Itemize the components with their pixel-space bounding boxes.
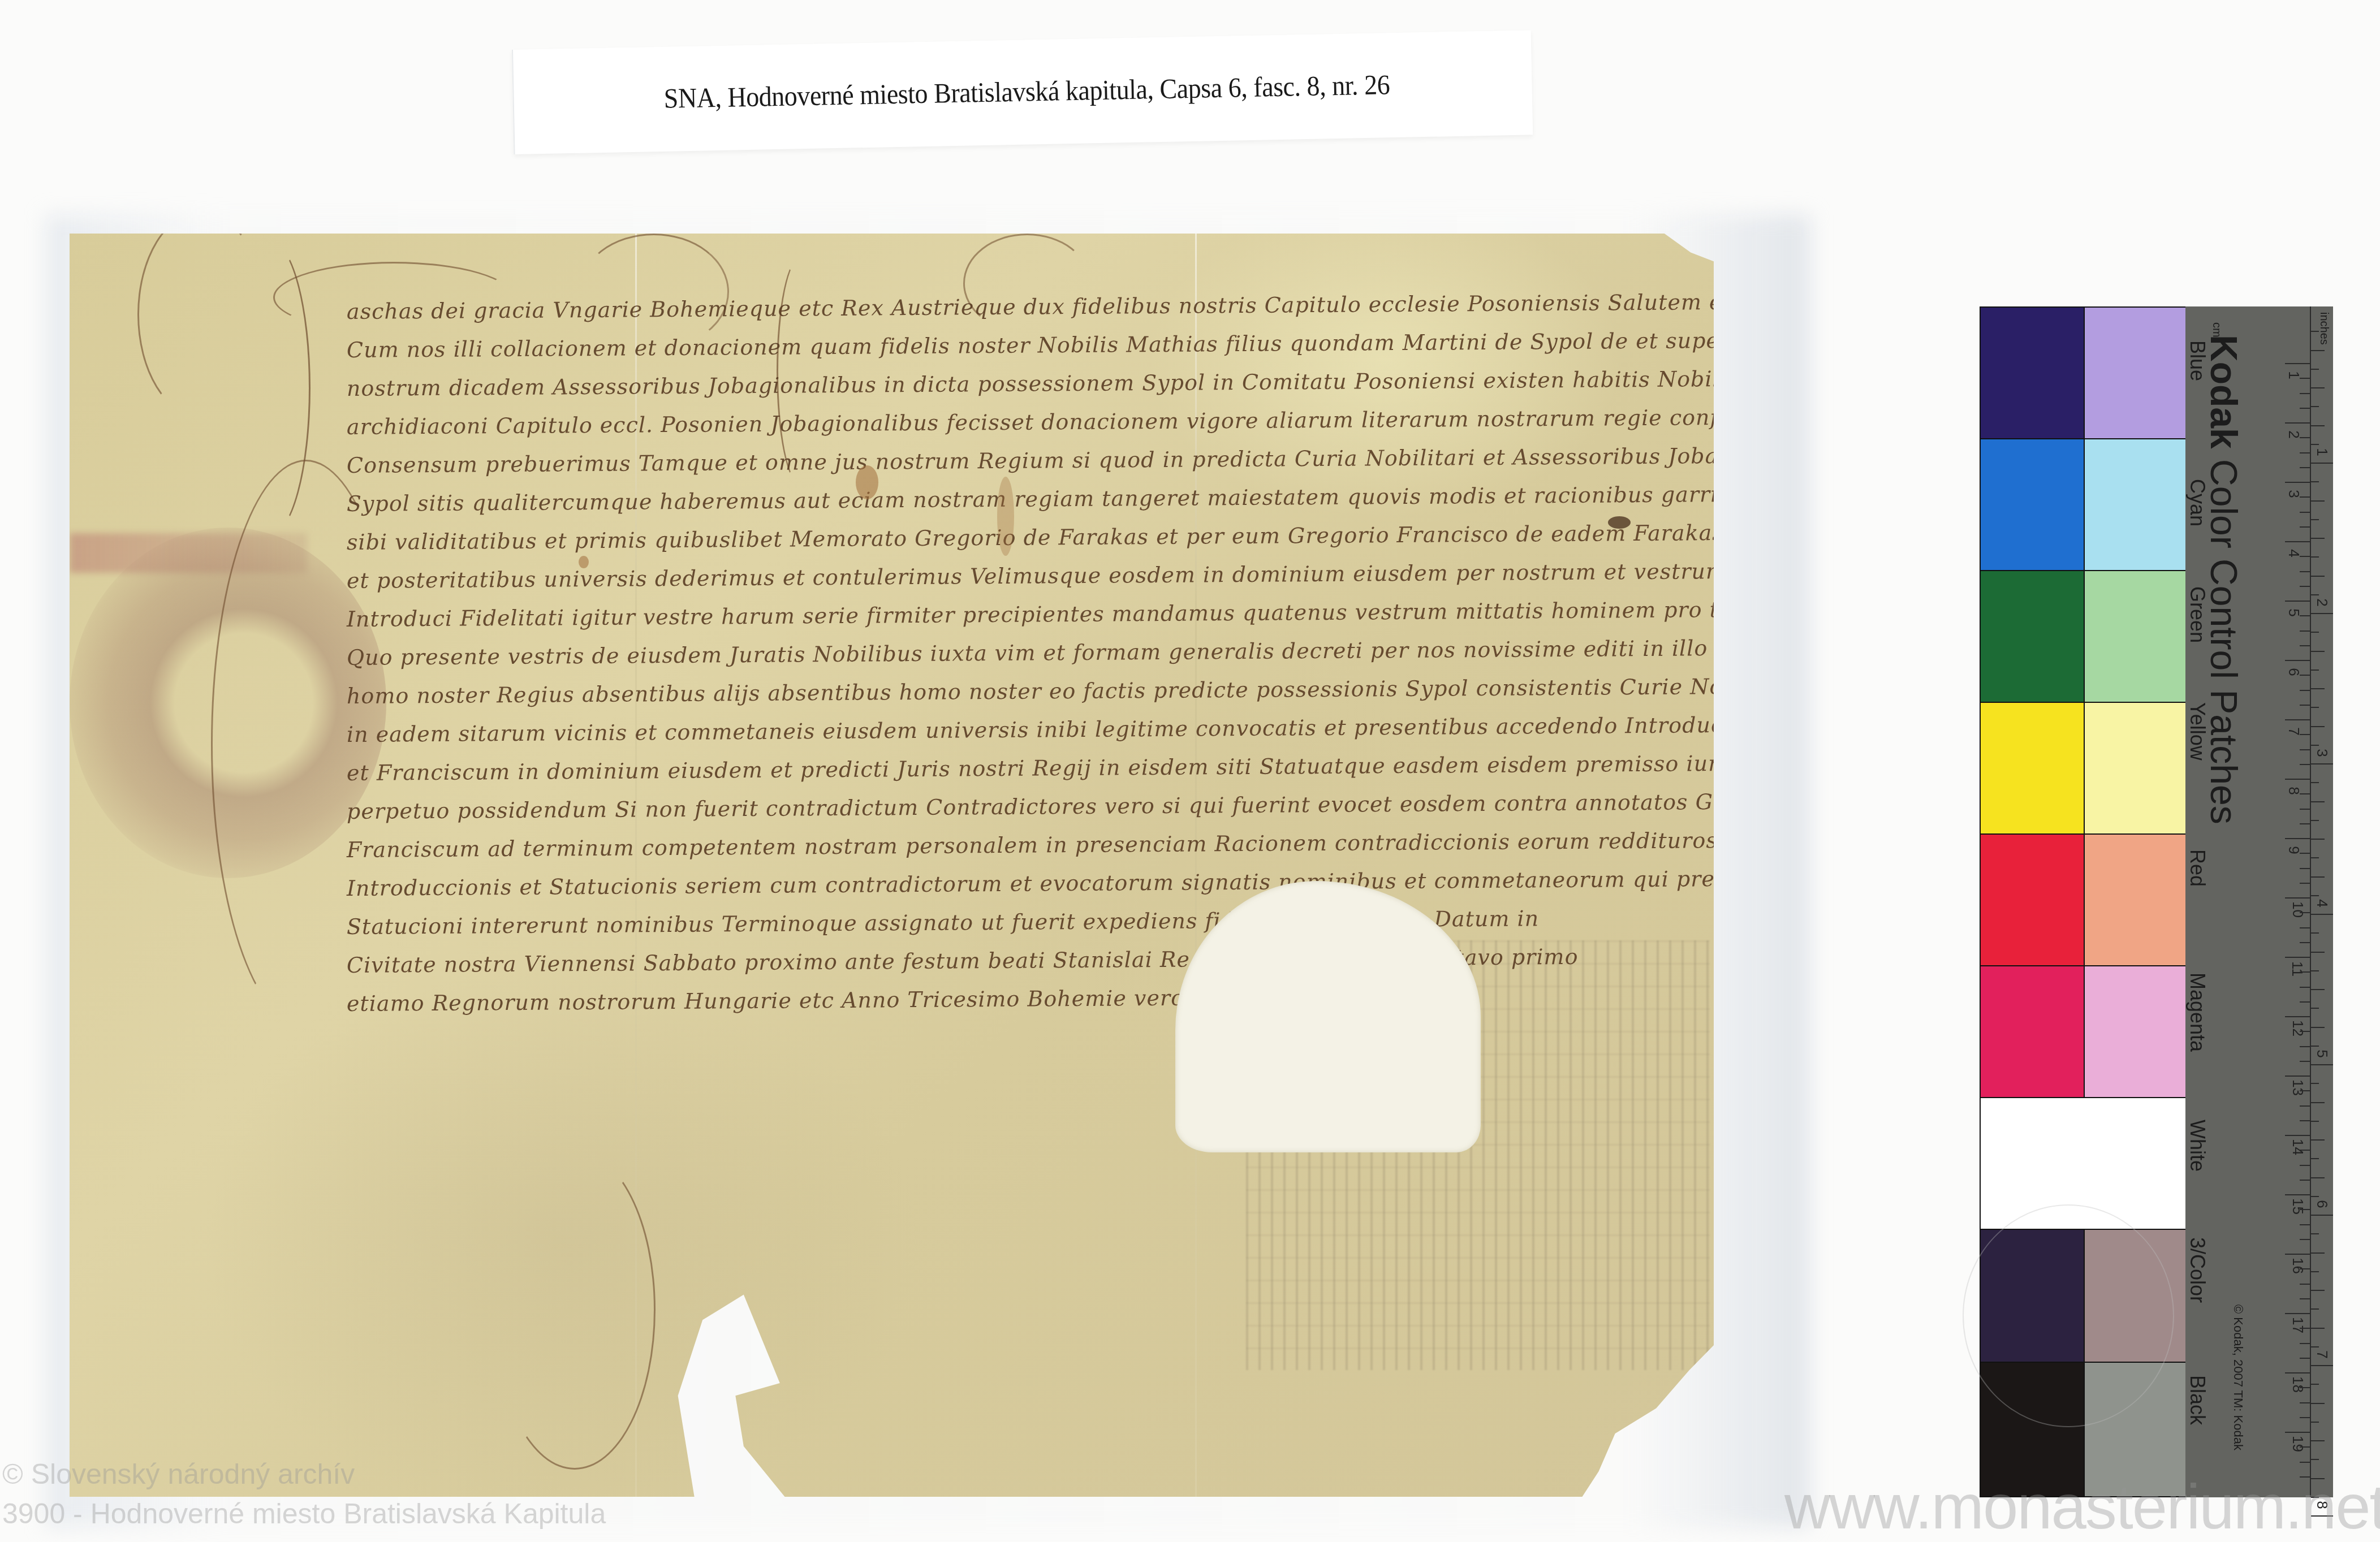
inch-minor-tick [2311,406,2319,407]
inch-minor-tick [2311,1046,2319,1047]
script-line: et Franciscum in dominium eiusdem et pre… [347,745,1948,790]
cm-minor-tick [2300,883,2310,884]
inch-minor-tick [2311,1008,2319,1009]
cm-minor-tick [2300,1417,2310,1418]
inch-minor-tick [2311,1403,2325,1404]
inches-unit-label: inches [2317,312,2330,345]
inch-minor-tick [2311,726,2325,727]
cm-minor-tick [2300,868,2310,869]
inch-tick-label: 5 [2313,1049,2331,1057]
cm-minor-tick [2300,1402,2310,1403]
inch-minor-tick [2311,1290,2325,1291]
inch-minor-tick [2311,444,2319,445]
inch-tick-label: 1 [2313,448,2331,456]
cm-minor-tick [2300,1165,2310,1166]
cm-minor-tick [2300,1298,2310,1299]
archive-seal-watermark [1963,1204,2174,1427]
cm-minor-tick [2300,437,2310,438]
inch-tick-label: 7 [2313,1350,2331,1358]
cm-tick [2285,779,2310,780]
inch-minor-tick [2311,932,2319,934]
cm-tick [2285,1135,2310,1136]
cm-minor-tick [2300,526,2310,528]
kodak-chart-title: Color Control Patches [2203,459,2245,824]
inch-minor-tick [2311,519,2319,520]
cm-minor-tick [2300,1462,2310,1463]
cm-minor-tick [2300,1150,2310,1151]
patch-label: Black [2185,1375,2209,1425]
cm-minor-tick [2300,1001,2310,1003]
inch-minor-tick [2311,1252,2325,1254]
cm-tick-label: 10 [2289,901,2306,918]
cm-tick [2285,897,2310,899]
inch-minor-tick [2311,369,2319,370]
cm-tick-label: 14 [2289,1139,2306,1155]
cm-tick [2285,838,2310,839]
patch-cyan-light [2084,438,2187,571]
cm-tick [2285,1372,2310,1373]
parchment-document: aschas dei gracia Vngarie Bohemieque etc… [70,234,1714,1497]
inch-minor-tick [2311,1233,2319,1234]
inch-tick [2311,613,2333,614]
script-line: perpetuo possidendum Si non fuerit contr… [347,784,1849,828]
patch-cyan-dark [1980,438,2085,571]
inch-minor-tick [2311,1102,2325,1103]
inch-minor-tick [2311,1422,2319,1423]
inch-minor-tick [2311,1440,2325,1441]
inch-minor-tick [2311,782,2319,783]
cm-minor-tick [2300,764,2310,765]
inch-minor-tick [2311,1196,2319,1197]
patch-red-dark [1980,833,2085,966]
cm-minor-tick [2300,378,2310,379]
cm-minor-tick [2300,690,2310,691]
inch-minor-tick [2311,481,2319,482]
cm-tick [2285,1313,2310,1314]
script-line: sibi validitatibus et primis quibuslibet… [347,515,1908,559]
cm-minor-tick [2300,1046,2310,1047]
script-line: Quo presente vestris de eiusdem Juratis … [347,630,1896,675]
cm-minor-tick [2300,942,2310,943]
cm-tick [2285,422,2310,424]
inch-minor-tick [2311,895,2319,896]
cm-minor-tick [2300,571,2310,572]
script-line: Introduccionis et Statucionis seriem cum… [347,861,1774,905]
stain-spot [856,465,878,499]
cm-minor-tick [2300,749,2310,750]
inch-tick [2311,914,2333,915]
cm-minor-tick [2300,1090,2310,1091]
inch-minor-tick [2311,425,2325,426]
cm-tick [2285,1194,2310,1195]
cm-tick-label: 18 [2289,1376,2306,1393]
cm-tick-label: 12 [2289,1020,2306,1036]
archive-watermark: © Slovenský národný archív [2,1458,355,1491]
cm-minor-tick [2300,1209,2310,1210]
cm-tick-label: 19 [2289,1436,2306,1452]
inch-minor-tick [2311,1308,2319,1310]
cm-minor-tick [2300,1446,2310,1448]
inch-minor-tick [2311,707,2319,708]
inch-minor-tick [2311,688,2325,689]
inch-minor-tick [2311,801,2325,802]
cm-tick [2285,1254,2310,1255]
cm-minor-tick [2300,675,2310,676]
cm-tick [2285,719,2310,720]
inch-minor-tick [2311,970,2319,971]
cm-minor-tick [2300,987,2310,988]
cm-minor-tick [2300,1031,2310,1032]
inch-tick-label: 2 [2313,598,2331,606]
cm-minor-tick [2300,496,2310,498]
inch-tick [2311,1215,2333,1216]
inch-minor-tick [2311,989,2325,990]
cm-minor-tick [2300,512,2310,513]
patch-blue-dark [1980,306,2085,439]
cm-tick [2285,363,2310,364]
cm-minor-tick [2300,556,2310,557]
cm-tick-label: 16 [2289,1258,2306,1274]
cm-minor-tick [2300,912,2310,913]
inch-minor-tick [2311,670,2319,671]
cm-tick-label: 15 [2289,1198,2306,1215]
inch-minor-tick [2311,876,2325,878]
inch-minor-tick [2311,1271,2319,1272]
patch-yellow-light [2084,702,2187,835]
cm-minor-tick [2300,408,2310,409]
cm-tick-label: 17 [2289,1317,2306,1333]
patch-label: Cyan [2185,479,2209,526]
inch-minor-tick [2311,952,2325,953]
inch-minor-tick [2311,1328,2325,1329]
cm-minor-tick [2300,823,2310,824]
stain-spot [579,556,589,568]
inch-minor-tick [2311,820,2319,821]
cm-minor-tick [2300,393,2310,394]
cm-minor-tick [2300,1105,2310,1107]
cm-minor-tick [2300,1180,2310,1181]
patch-green-dark [1980,570,2085,703]
patch-red-light [2084,833,2187,966]
cm-minor-tick [2300,853,2310,854]
cm-tick [2285,482,2310,483]
inch-tick [2311,1365,2333,1366]
cm-minor-tick [2300,809,2310,810]
patch-magenta-light [2084,965,2187,1098]
cm-minor-tick [2300,1120,2310,1121]
cm-minor-tick [2300,1358,2310,1359]
cm-minor-tick [2300,1387,2310,1388]
script-line: Consensum prebuerimus Tamque et omne jus… [347,436,2113,482]
cm-minor-tick [2300,630,2310,632]
cm-tick [2285,660,2310,661]
patch-yellow-dark [1980,702,2085,835]
patch-label: Magenta [2185,973,2209,1052]
script-line: homo noster Regius absentibus alijs abse… [347,667,2122,713]
inch-minor-tick [2311,632,2319,633]
fonds-watermark: 3900 - Hodnoverné miesto Bratislavská Ka… [2,1497,606,1530]
archive-label-text: SNA, Hodnoverné miesto Bratislavská kapi… [663,68,1390,115]
patch-label: Yellow [2185,702,2209,761]
inch-tick [2311,763,2333,764]
inch-minor-tick [2311,1384,2319,1385]
inch-tick-label: 4 [2313,899,2331,907]
ink-blot [1608,516,1631,529]
inch-minor-tick [2311,387,2325,388]
cm-minor-tick [2300,1061,2310,1062]
cm-tick [2285,601,2310,602]
stain-spot [997,477,1014,556]
cm-tick [2285,1432,2310,1433]
inch-minor-tick [2311,1139,2325,1141]
inch-minor-tick [2311,1177,2325,1178]
patch-label: Blue [2185,340,2209,381]
cm-tick [2285,1016,2310,1017]
cm-minor-tick [2300,1268,2310,1269]
patch-label: Red [2185,849,2209,887]
inch-minor-tick [2311,1459,2319,1460]
inch-minor-tick [2311,500,2325,502]
archive-label: SNA, Hodnoverné miesto Bratislavská kapi… [512,30,1533,154]
inch-minor-tick [2311,1158,2319,1159]
monasterium-watermark: www.monasterium.net [1784,1470,2380,1542]
patch-green-light [2084,570,2187,703]
inch-minor-tick [2311,651,2325,652]
cm-minor-tick [2300,586,2310,587]
signature-flourish [494,1150,656,1470]
patch-label: 3/Color [2185,1237,2209,1303]
cm-minor-tick [2300,793,2310,794]
cm-minor-tick [2300,971,2310,973]
inch-tick [2311,1064,2333,1065]
cm-minor-tick [2300,1328,2310,1329]
inch-tick [2311,463,2333,464]
cm-minor-tick [2300,1224,2310,1225]
inch-minor-tick [2311,1083,2319,1084]
cm-tick [2285,957,2310,958]
inch-minor-tick [2311,556,2319,558]
script-line: etiamo Regnorum nostrorum Hungarie etc A… [347,981,1274,1021]
cm-minor-tick [2300,645,2310,646]
inch-tick-label: 6 [2313,1200,2331,1208]
inch-minor-tick [2311,1027,2325,1028]
cm-minor-tick [2300,705,2310,706]
inch-minor-tick [2311,576,2325,577]
inch-minor-tick [2311,1121,2319,1122]
inch-minor-tick [2311,538,2325,539]
inch-minor-tick [2311,745,2319,746]
cm-minor-tick [2300,452,2310,453]
inch-minor-tick [2311,350,2325,351]
patch-magenta-dark [1980,965,2085,1098]
inch-minor-tick [2311,594,2319,595]
cm-minor-tick [2300,1284,2310,1285]
cm-tick [2285,541,2310,542]
inch-tick-label: 3 [2313,749,2331,757]
cm-tick-label: 11 [2288,961,2306,977]
inch-minor-tick [2311,839,2325,840]
patch-label: White [2185,1120,2209,1172]
cm-tick [2285,1075,2310,1077]
kodak-brand: Kodak [2203,335,2245,449]
cm-minor-tick [2300,615,2310,616]
inch-minor-tick [2311,857,2319,858]
patch-label: Green [2185,586,2209,643]
cm-minor-tick [2300,927,2310,928]
ruler-divider [2310,306,2311,1497]
inch-minor-tick [2311,1346,2319,1347]
script-line: aschas dei gracia Vngarie Bohemieque etc… [347,284,1832,329]
cm-minor-tick [2300,467,2310,468]
patch-blue-light [2084,306,2187,439]
cm-minor-tick [2300,734,2310,735]
cm-tick-label: 13 [2289,1079,2306,1096]
kodak-copyright: © Kodak, 2007 TM: Kodak [2231,1305,2245,1450]
cm-minor-tick [2300,1343,2310,1344]
cm-minor-tick [2300,1239,2310,1240]
